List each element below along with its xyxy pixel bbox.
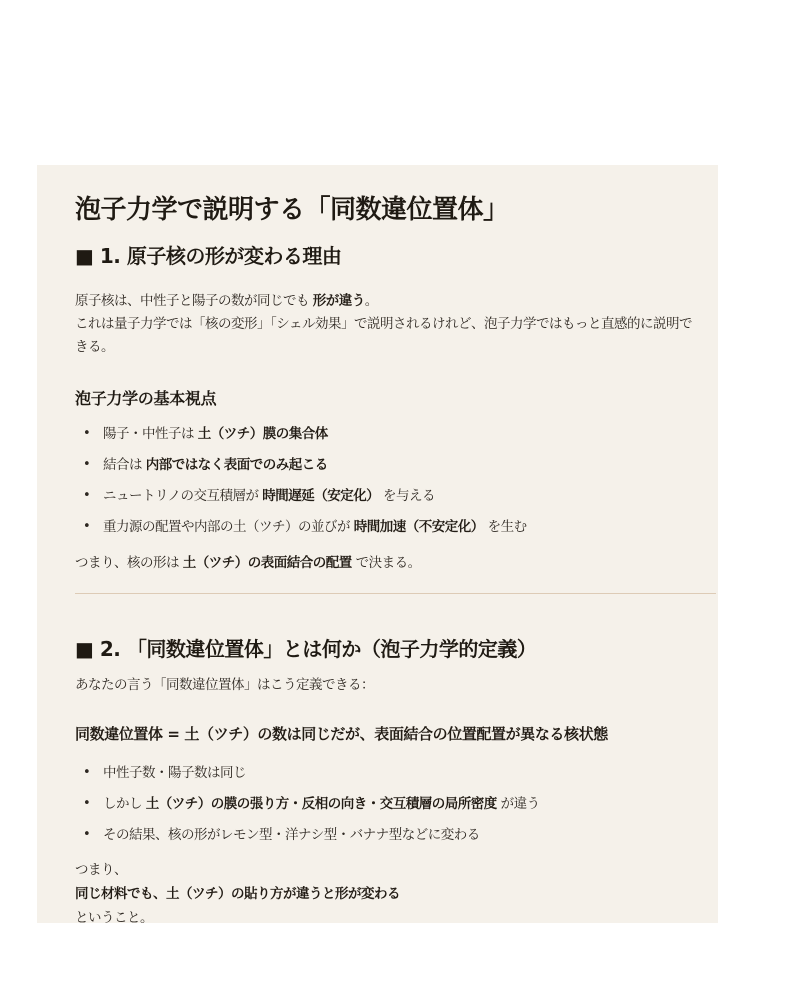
list-item-bold-text: 土（ツチ）の膜の張り方・反相の向き・交互積層の局所密度 (146, 796, 497, 812)
list-item: •中性子数・陽子数は同じ (75, 764, 704, 782)
list-item: •重力源の配置や内部の土（ツチ）の並びが 時間加速（不安定化） を生む (75, 518, 704, 536)
paragraph-text: 原子核は、中性子と陽子の数が同じでも (75, 293, 313, 309)
paragraph-text: これは量子力学では「核の変形」「シェル効果」で説明されるけれど、泡子力学ではもっ… (75, 316, 692, 355)
list-item-bold-text: 内部ではなく表面でのみ起こる (146, 457, 328, 473)
paragraph-bold-text: 同じ材料でも、土（ツチ）の貼り方が違うと形が変わる (75, 882, 704, 906)
section-1-subheading: 泡子力学の基本視点 (75, 390, 704, 408)
paragraph-bold-text: 土（ツチ）の表面結合の配置 (183, 555, 352, 571)
paragraph-text: つまり、核の形は (75, 555, 183, 571)
list-item-text: を与える (379, 488, 435, 504)
section-2-intro: あなたの言う「同数違位置体」はこう定義できる： (75, 674, 704, 697)
bullet-icon: • (83, 796, 90, 812)
closing-paragraph: つまり、同じ材料でも、土（ツチ）の貼り方が違うと形が変わるということ。 (75, 858, 704, 923)
paragraph-text: 。 (365, 293, 378, 309)
list-item-text: 結合は (103, 457, 146, 473)
list-item-text: その結果、核の形がレモン型・洋ナシ型・バナナ型などに変わる (103, 827, 480, 843)
section-1-bullet-list: •陽子・中性子は 土（ツチ）膜の集合体 •結合は 内部ではなく表面でのみ起こる … (75, 425, 704, 536)
bullet-icon: • (83, 519, 90, 535)
bullet-icon: • (83, 827, 90, 843)
list-item-bold-text: 時間遅延（安定化） (262, 488, 379, 504)
list-item: •しかし 土（ツチ）の膜の張り方・反相の向き・交互積層の局所密度 が違う (75, 795, 704, 813)
paragraph-bold-text: 形が違う (313, 293, 365, 309)
list-item-text: 陽子・中性子は (103, 426, 198, 442)
list-item: •その結果、核の形がレモン型・洋ナシ型・バナナ型などに変わる (75, 826, 704, 844)
list-item-text: ニュートリノの交互積層が (103, 488, 262, 504)
list-item: •陽子・中性子は 土（ツチ）膜の集合体 (75, 425, 704, 443)
section-1-heading: ■ 1. 原子核の形が変わる理由 (75, 245, 704, 267)
section-1-paragraph: 原子核は、中性子と陽子の数が同じでも 形が違う。これは量子力学では「核の変形」「… (75, 290, 704, 359)
list-item-text: 中性子数・陽子数は同じ (103, 765, 246, 781)
list-item-text: を生む (484, 519, 527, 535)
section-1-conclusion: つまり、核の形は 土（ツチ）の表面結合の配置 で決まる。 (75, 552, 704, 575)
section-2-bullet-list: •中性子数・陽子数は同じ •しかし 土（ツチ）の膜の張り方・反相の向き・交互積層… (75, 764, 704, 844)
bullet-icon: • (83, 488, 90, 504)
list-item-text: 重力源の配置や内部の土（ツチ）の並びが (103, 519, 354, 535)
list-item-bold-text: 時間加速（不安定化） (354, 519, 484, 535)
page: 泡子力学で説明する「同数違位置体」 ■ 1. 原子核の形が変わる理由 原子核は、… (0, 0, 812, 988)
section-divider (75, 593, 716, 594)
bullet-icon: • (83, 765, 90, 781)
paragraph-text: つまり、 (75, 858, 704, 882)
document-title: 泡子力学で説明する「同数違位置体」 (75, 196, 704, 224)
section-2-heading: ■ 2. 「同数違位置体」とは何か（泡子力学的定義） (75, 638, 704, 661)
list-item-text: が違う (497, 796, 540, 812)
list-item-text: しかし (103, 796, 146, 812)
definition-line: 同数違位置体 = 土（ツチ）の数は同じだが、表面結合の位置配置が異なる核状態 (75, 724, 704, 744)
list-item: •ニュートリノの交互積層が 時間遅延（安定化） を与える (75, 487, 704, 505)
list-item: •結合は 内部ではなく表面でのみ起こる (75, 456, 704, 474)
paragraph-text: ということ。 (75, 906, 704, 923)
content-card: 泡子力学で説明する「同数違位置体」 ■ 1. 原子核の形が変わる理由 原子核は、… (37, 165, 718, 923)
bullet-icon: • (83, 426, 90, 442)
bullet-icon: • (83, 457, 90, 473)
list-item-bold-text: 土（ツチ）膜の集合体 (198, 426, 328, 442)
paragraph-text: で決まる。 (352, 555, 421, 571)
